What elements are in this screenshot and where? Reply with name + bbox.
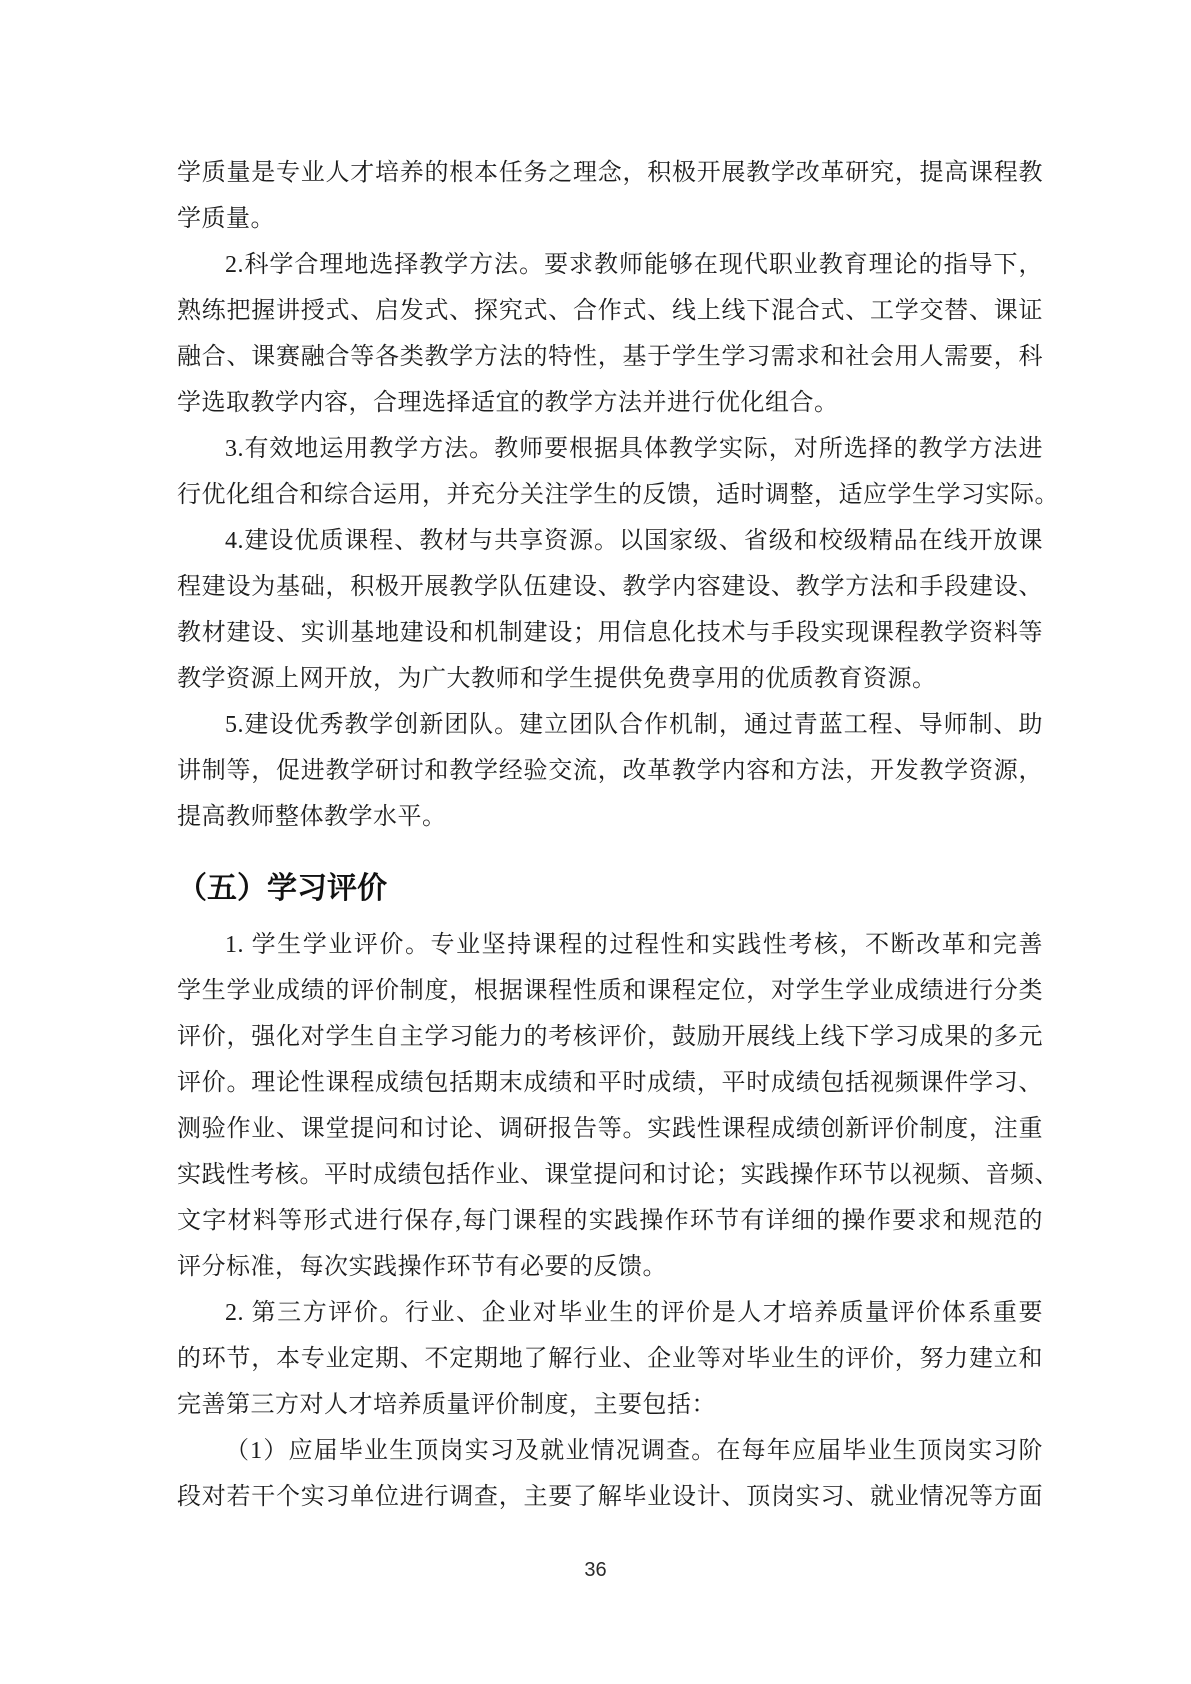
text-line: 4.建设优质课程、教材与共享资源。以国家级、省级和校级精品在线开放课 bbox=[177, 518, 1043, 564]
document-body: 学质量是专业人才培养的根本任务之理念，积极开展教学改革研究，提高课程教 学质量。… bbox=[177, 150, 1043, 1520]
section-heading: （五）学习评价 bbox=[177, 864, 1043, 914]
paragraph: 3.有效地运用教学方法。教师要根据具体教学实际，对所选择的教学方法进 行优化组合… bbox=[177, 426, 1043, 518]
text-line: 测验作业、课堂提问和讨论、调研报告等。实践性课程成绩创新评价制度，注重 bbox=[177, 1106, 1043, 1152]
text-line: 学质量。 bbox=[177, 196, 1043, 242]
text-line: 融合、课赛融合等各类教学方法的特性，基于学生学习需求和社会用人需要，科 bbox=[177, 334, 1043, 380]
text-line: 实践性考核。平时成绩包括作业、课堂提问和讨论；实践操作环节以视频、音频、 bbox=[177, 1152, 1043, 1198]
text-line: 3.有效地运用教学方法。教师要根据具体教学实际，对所选择的教学方法进 bbox=[177, 426, 1043, 472]
text-line: 1. 学生学业评价。专业坚持课程的过程性和实践性考核，不断改革和完善 bbox=[177, 922, 1043, 968]
text-line: 学生学业成绩的评价制度，根据课程性质和课程定位，对学生学业成绩进行分类 bbox=[177, 968, 1043, 1014]
text-line: 2. 第三方评价。行业、企业对毕业生的评价是人才培养质量评价体系重要 bbox=[177, 1290, 1043, 1336]
text-line: 讲制等，促进教学研讨和教学经验交流，改革教学内容和方法，开发教学资源， bbox=[177, 748, 1043, 794]
paragraph: （1）应届毕业生顶岗实习及就业情况调查。在每年应届毕业生顶岗实习阶 段对若干个实… bbox=[177, 1428, 1043, 1520]
text-line: 完善第三方对人才培养质量评价制度，主要包括： bbox=[177, 1382, 1043, 1428]
text-line: 程建设为基础，积极开展教学队伍建设、教学内容建设、教学方法和手段建设、 bbox=[177, 564, 1043, 610]
text-line: 教学资源上网开放，为广大教师和学生提供免费享用的优质教育资源。 bbox=[177, 656, 1043, 702]
text-line: 评分标准，每次实践操作环节有必要的反馈。 bbox=[177, 1244, 1043, 1290]
paragraph: 2.科学合理地选择教学方法。要求教师能够在现代职业教育理论的指导下， 熟练把握讲… bbox=[177, 242, 1043, 426]
paragraph: 2. 第三方评价。行业、企业对毕业生的评价是人才培养质量评价体系重要 的环节，本… bbox=[177, 1290, 1043, 1428]
document-page: 学质量是专业人才培养的根本任务之理念，积极开展教学改革研究，提高课程教 学质量。… bbox=[0, 0, 1191, 1684]
text-line: 提高教师整体教学水平。 bbox=[177, 794, 1043, 840]
paragraph: 1. 学生学业评价。专业坚持课程的过程性和实践性考核，不断改革和完善 学生学业成… bbox=[177, 922, 1043, 1290]
text-line: 评价，强化对学生自主学习能力的考核评价，鼓励开展线上线下学习成果的多元 bbox=[177, 1014, 1043, 1060]
text-line: 2.科学合理地选择教学方法。要求教师能够在现代职业教育理论的指导下， bbox=[177, 242, 1043, 288]
text-line: 行优化组合和综合运用，并充分关注学生的反馈，适时调整，适应学生学习实际。 bbox=[177, 472, 1043, 518]
text-line: 段对若干个实习单位进行调查，主要了解毕业设计、顶岗实习、就业情况等方面 bbox=[177, 1474, 1043, 1520]
text-line: 学选取教学内容，合理选择适宜的教学方法并进行优化组合。 bbox=[177, 380, 1043, 426]
paragraph: 学质量是专业人才培养的根本任务之理念，积极开展教学改革研究，提高课程教 学质量。 bbox=[177, 150, 1043, 242]
text-line: 文字材料等形式进行保存,每门课程的实践操作环节有详细的操作要求和规范的 bbox=[177, 1198, 1043, 1244]
text-line: （1）应届毕业生顶岗实习及就业情况调查。在每年应届毕业生顶岗实习阶 bbox=[177, 1428, 1043, 1474]
text-line: 5.建设优秀教学创新团队。建立团队合作机制，通过青蓝工程、导师制、助 bbox=[177, 702, 1043, 748]
text-line: 学质量是专业人才培养的根本任务之理念，积极开展教学改革研究，提高课程教 bbox=[177, 150, 1043, 196]
paragraph: 4.建设优质课程、教材与共享资源。以国家级、省级和校级精品在线开放课 程建设为基… bbox=[177, 518, 1043, 702]
text-line: 熟练把握讲授式、启发式、探究式、合作式、线上线下混合式、工学交替、课证 bbox=[177, 288, 1043, 334]
text-line: 评价。理论性课程成绩包括期末成绩和平时成绩，平时成绩包括视频课件学习、 bbox=[177, 1060, 1043, 1106]
text-line: 教材建设、实训基地建设和机制建设；用信息化技术与手段实现课程教学资料等 bbox=[177, 610, 1043, 656]
page-number: 36 bbox=[0, 1556, 1191, 1584]
text-line: 的环节，本专业定期、不定期地了解行业、企业等对毕业生的评价，努力建立和 bbox=[177, 1336, 1043, 1382]
paragraph: 5.建设优秀教学创新团队。建立团队合作机制，通过青蓝工程、导师制、助 讲制等，促… bbox=[177, 702, 1043, 840]
